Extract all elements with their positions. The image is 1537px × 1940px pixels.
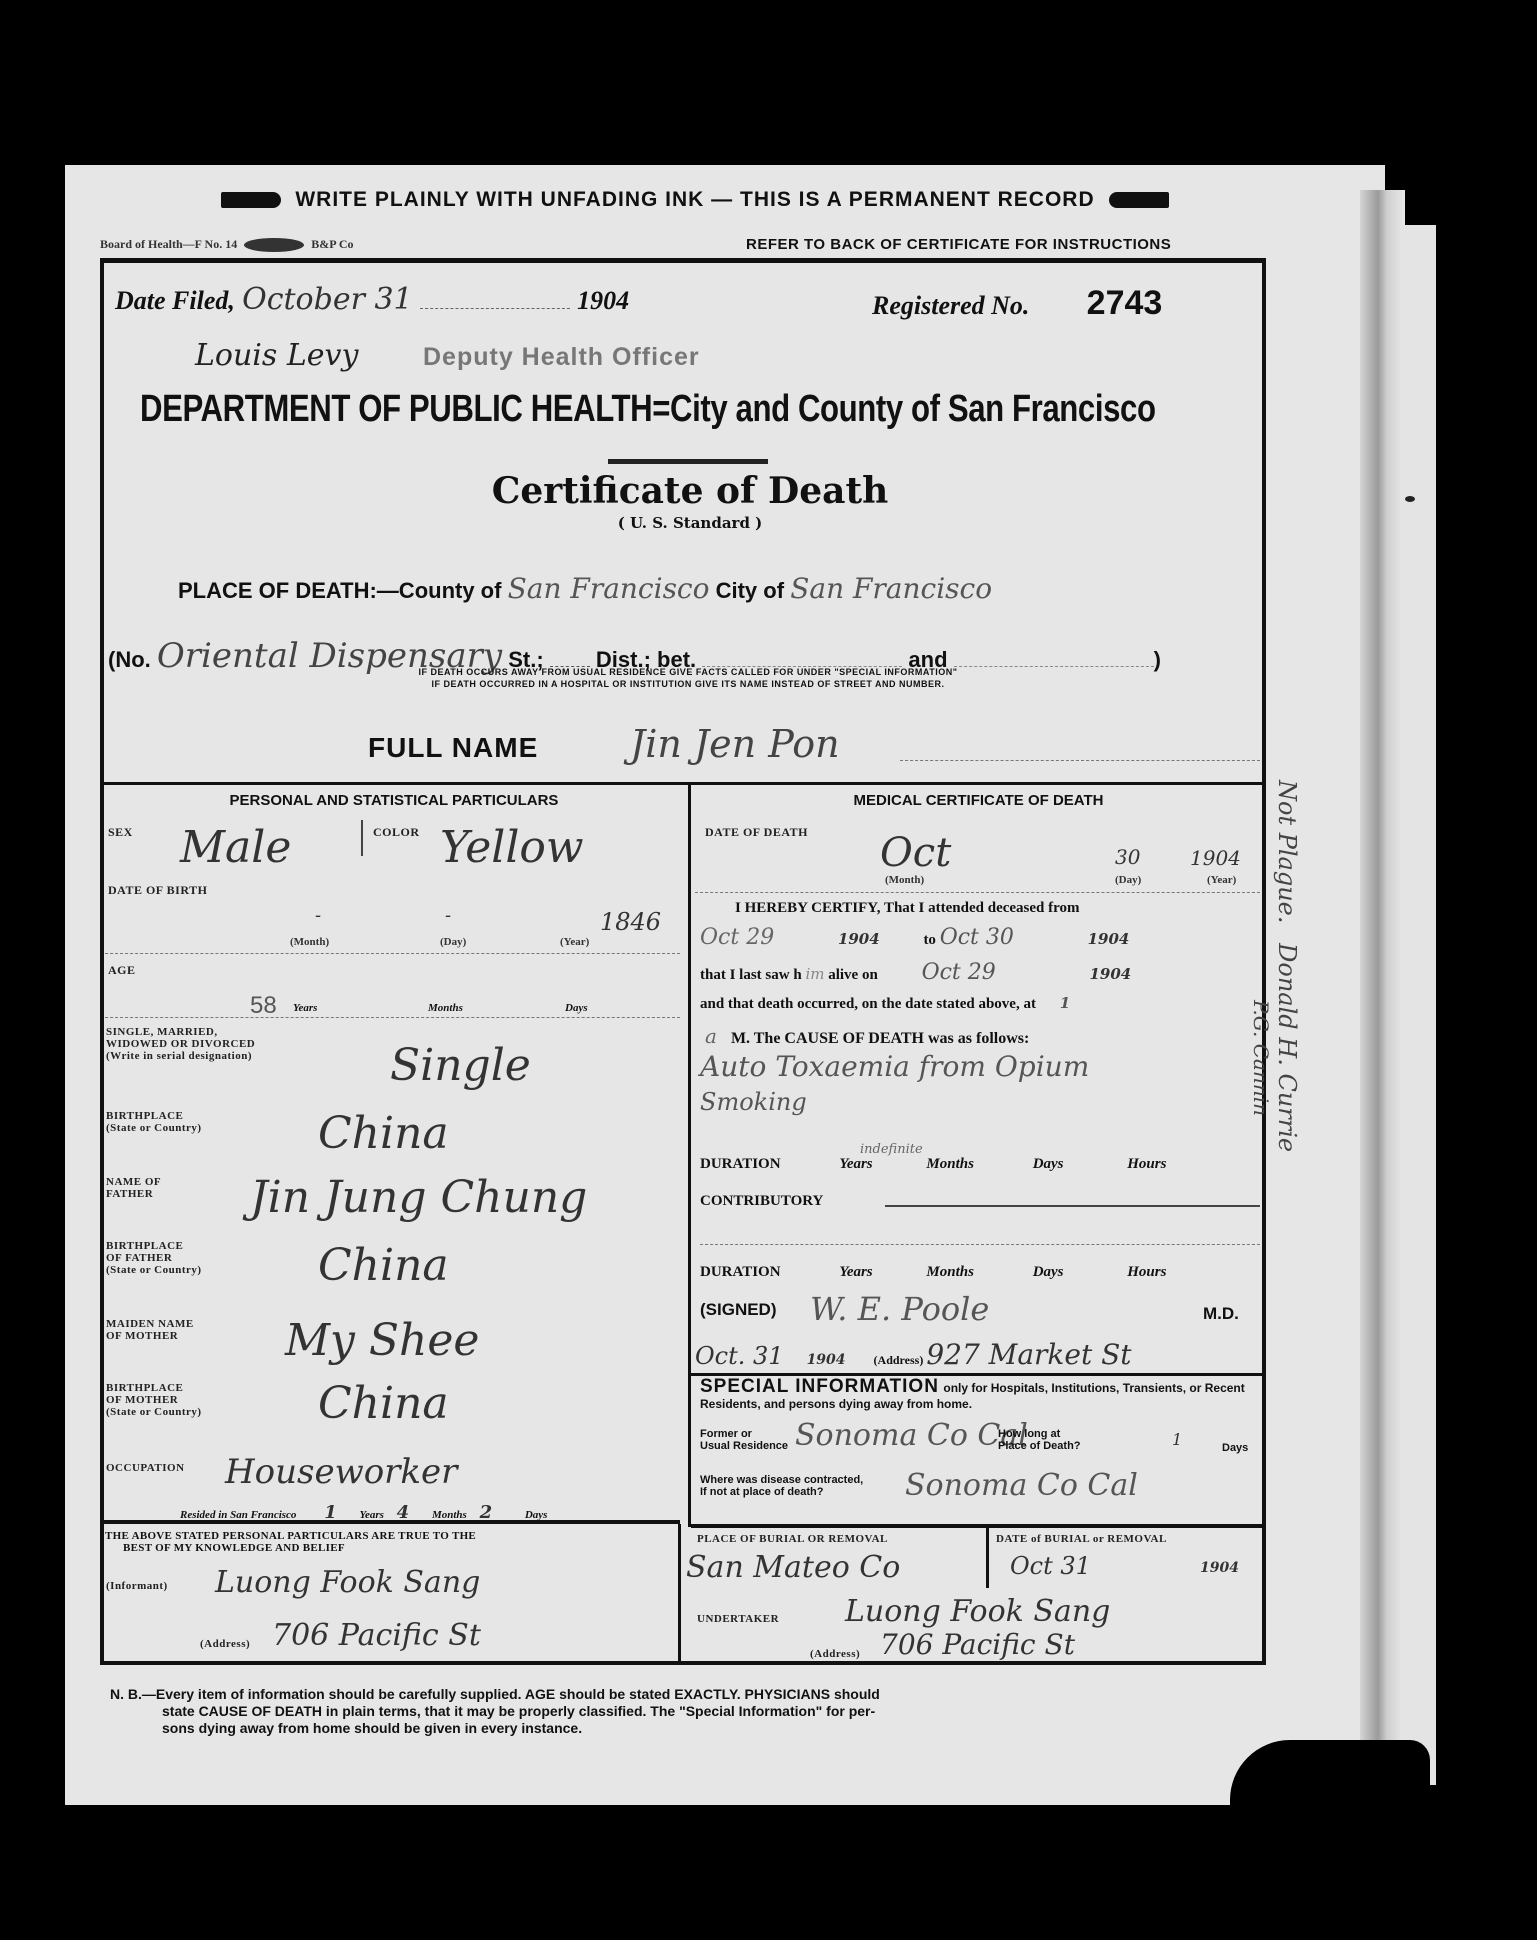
- father-bp-label-2: OF FATHER: [106, 1252, 202, 1264]
- attended-from-year: 1904: [838, 930, 880, 948]
- mother-bp-label-2: OF MOTHER: [106, 1394, 202, 1406]
- personal-heading: PERSONAL AND STATISTICAL PARTICULARS: [100, 792, 688, 809]
- special-info-heading: SPECIAL INFORMATION only for Hospitals, …: [700, 1379, 1260, 1412]
- informant-value: Luong Fook Sang: [215, 1565, 480, 1600]
- former-residence-value: Sonoma Co Cal: [795, 1418, 1028, 1453]
- age-days-label: Days: [565, 1002, 588, 1014]
- duration-days-label: Days: [1033, 1156, 1064, 1172]
- duration-label-2: DURATION: [700, 1264, 781, 1280]
- how-long-value: 1: [1172, 1430, 1182, 1449]
- officer-title-stamp: Deputy Health Officer: [423, 343, 700, 372]
- sex-label: SEX: [108, 826, 133, 838]
- divider: [105, 953, 680, 954]
- contributory-label: CONTRIBUTORY: [700, 1193, 823, 1210]
- death-hour: 1: [1060, 994, 1070, 1012]
- last-saw-row: that I last saw h im alive on Oct 29 190…: [700, 960, 1131, 985]
- alive-on-label: alive on: [828, 967, 878, 983]
- burial-place-value: San Mateo Co: [686, 1550, 900, 1585]
- officer-signature: Louis Levy: [195, 338, 358, 373]
- father-birthplace-label: BIRTHPLACE OF FATHER (State or Country): [106, 1240, 202, 1276]
- former-residence-label: Former or Usual Residence: [700, 1428, 788, 1452]
- last-saw-year: 1904: [1090, 965, 1132, 983]
- dob-month-label: (Month): [290, 936, 329, 948]
- place-of-death-label: PLACE OF DEATH:—County of: [178, 578, 501, 603]
- death-meridiem: a: [705, 1024, 717, 1048]
- divider: [105, 1017, 680, 1018]
- union-bug-icon: [244, 238, 304, 252]
- margin-annotation: Not Plague. Donald H. Currie P.G. Cannin: [1248, 780, 1300, 1320]
- standard-subtitle: ( U. S. Standard ): [400, 514, 980, 532]
- banner-text: WRITE PLAINLY WITH UNFADING INK — THIS I…: [295, 188, 1094, 211]
- informant-box-edge: [678, 1524, 681, 1665]
- footnote-line-1: N. B.—Every item of information should b…: [110, 1686, 880, 1703]
- mother-value: My Shee: [285, 1315, 479, 1366]
- contracted-label-1: Where was disease contracted,: [700, 1474, 863, 1486]
- birthplace-label-1: BIRTHPLACE: [106, 1110, 202, 1122]
- color-value: Yellow: [440, 822, 584, 873]
- duration-hours-label-2: Hours: [1127, 1264, 1166, 1280]
- date-of-death-year: 1904: [1190, 846, 1241, 870]
- age-months-label: Months: [428, 1002, 463, 1014]
- attended-to: Oct 30: [940, 925, 1014, 950]
- mother-label: MAIDEN NAME OF MOTHER: [106, 1318, 194, 1342]
- father-bp-label-1: BIRTHPLACE: [106, 1240, 202, 1252]
- margin-note-line-3: P.G. Cannin: [1248, 780, 1274, 1320]
- informant-divider: [100, 1520, 680, 1524]
- page-blemish: [1405, 496, 1415, 502]
- printer-name: B&P Co: [311, 237, 353, 251]
- contracted-label: Where was disease contracted, If not at …: [700, 1474, 863, 1498]
- sex-value: Male: [180, 822, 291, 873]
- dod-year-label: (Year): [1207, 874, 1236, 886]
- full-name-underline: [900, 760, 1260, 761]
- footnote: N. B.—Every item of information should b…: [110, 1686, 880, 1737]
- department-title: DEPARTMENT OF PUBLIC HEALTH=City and Cou…: [140, 388, 1050, 431]
- birthplace-label-2: (State or Country): [106, 1122, 202, 1134]
- occurred-text: and that death occurred, on the date sta…: [700, 996, 1036, 1012]
- birthplace-label: BIRTHPLACE (State or Country): [106, 1110, 202, 1134]
- father-label: NAME OF FATHER: [106, 1176, 161, 1200]
- physician-signature: W. E. Poole: [810, 1290, 989, 1328]
- dob-month: -: [315, 905, 321, 926]
- physician-address-label: (Address): [874, 1353, 924, 1367]
- binding-edge: [1360, 190, 1405, 1790]
- age-label: AGE: [108, 964, 136, 976]
- marital-label-3: (Write in serial designation): [106, 1050, 255, 1062]
- place-note-line-2: IF DEATH OCCURRED IN A HOSPITAL OR INSTI…: [248, 678, 1128, 690]
- scan-shadow: [1230, 1740, 1430, 1860]
- dob-label: DATE OF BIRTH: [108, 884, 207, 896]
- special-heading: SPECIAL INFORMATION: [700, 1376, 939, 1397]
- signed-date: Oct. 31: [695, 1342, 784, 1370]
- ink-banner: WRITE PLAINLY WITH UNFADING INK — THIS I…: [150, 188, 1240, 212]
- informant-statement: THE ABOVE STATED PERSONAL PARTICULARS AR…: [105, 1530, 476, 1554]
- undertaker-address-value: 706 Pacific St: [880, 1628, 1075, 1661]
- footnote-line-2: state CAUSE OF DEATH in plain terms, tha…: [110, 1703, 880, 1720]
- md-label: M.D.: [1203, 1304, 1239, 1324]
- statement-line-1: THE ABOVE STATED PERSONAL PARTICULARS AR…: [105, 1530, 476, 1542]
- duration-label: DURATION: [700, 1156, 781, 1172]
- mother-label-2: OF MOTHER: [106, 1330, 194, 1342]
- dob-day-label: (Day): [440, 936, 466, 948]
- burial-split: [986, 1528, 989, 1588]
- father-value: Jin Jung Chung: [250, 1172, 587, 1223]
- margin-note-line-1: Not Plague.: [1273, 780, 1301, 924]
- certificate-title: Certificate of Death: [400, 470, 980, 512]
- signed-label: (SIGNED): [700, 1300, 777, 1320]
- date-filed-row: Date Filed, October 31 1904: [115, 282, 629, 317]
- former-label-2: Usual Residence: [700, 1440, 788, 1452]
- registered-number: 2743: [1087, 284, 1163, 322]
- section-divider: [100, 782, 1266, 785]
- registered-row: Registered No. 2743: [872, 284, 1162, 323]
- place-note-line-1: IF DEATH OCCURS AWAY FROM USUAL RESIDENC…: [248, 666, 1128, 678]
- how-long-label: How long at Place of Death?: [998, 1428, 1081, 1452]
- date-of-death-month: Oct: [880, 830, 951, 876]
- to-label: to: [923, 932, 936, 948]
- duration-months-label-2: Months: [926, 1264, 974, 1280]
- date-filed-value: October 31: [242, 282, 413, 317]
- marital-label: SINGLE, MARRIED, WIDOWED OR DIVORCED (Wr…: [106, 1026, 255, 1062]
- refer-instructions: REFER TO BACK OF CERTIFICATE FOR INSTRUC…: [746, 236, 1171, 253]
- mother-bp-label-1: BIRTHPLACE: [106, 1382, 202, 1394]
- attended-to-year: 1904: [1088, 930, 1130, 948]
- father-label-1: NAME OF: [106, 1176, 161, 1188]
- date-of-death-day: 30: [1115, 845, 1140, 869]
- father-bp-label-3: (State or Country): [106, 1264, 202, 1276]
- cause-of-death-line-1: Auto Toxaemia from Opium: [700, 1050, 1089, 1083]
- city-label: City of: [716, 578, 784, 603]
- date-filed-label: Date Filed,: [115, 286, 235, 315]
- undertaker-label: UNDERTAKER: [697, 1613, 779, 1625]
- signed-year: 1904: [807, 1352, 846, 1368]
- marital-label-1: SINGLE, MARRIED,: [106, 1026, 255, 1038]
- occurred-row: and that death occurred, on the date sta…: [700, 994, 1070, 1013]
- contracted-label-2: If not at place of death?: [700, 1486, 863, 1498]
- cause-label: M. The CAUSE OF DEATH was as follows:: [731, 1030, 1029, 1047]
- dob-day: -: [445, 905, 451, 926]
- age-years: 58: [250, 992, 277, 1020]
- board-of-health-line: Board of Health—F No. 14 B&P Co: [100, 237, 354, 252]
- cause-row: a M. The CAUSE OF DEATH was as follows:: [705, 1024, 1029, 1048]
- duration-hours-label: Hours: [1127, 1156, 1166, 1172]
- pointing-hand-icon: [1109, 192, 1169, 208]
- informant-address-value: 706 Pacific St: [272, 1618, 481, 1653]
- divider: [695, 892, 1260, 893]
- burial-place-label: PLACE OF BURIAL OR REMOVAL: [697, 1533, 888, 1545]
- dob-year-label: (Year): [560, 936, 589, 948]
- dob-year: 1846: [600, 908, 661, 936]
- title-rule: [608, 459, 768, 464]
- full-name-label: FULL NAME: [368, 732, 538, 764]
- marital-label-2: WIDOWED OR DIVORCED: [106, 1038, 255, 1050]
- no-label: (No.: [108, 647, 151, 672]
- cause-of-death-line-2: Smoking: [700, 1088, 807, 1116]
- father-label-2: FATHER: [106, 1188, 161, 1200]
- last-saw-label: that I last saw h: [700, 967, 802, 983]
- divider: [700, 1244, 1260, 1245]
- marital-value: Single: [390, 1040, 531, 1091]
- county-value: San Francisco: [508, 572, 710, 605]
- attended-row: Oct 29 1904 to Oct 30 1904: [700, 925, 1260, 950]
- city-value: San Francisco: [790, 572, 992, 605]
- dod-month-label: (Month): [885, 874, 924, 886]
- signed-date-row: Oct. 31 1904 (Address) 927 Market St: [695, 1338, 1132, 1371]
- age-years-label: Years: [293, 1002, 317, 1014]
- informant-address-label: (Address): [200, 1638, 250, 1650]
- certify-text: I HEREBY CERTIFY, That I attended deceas…: [735, 900, 1080, 917]
- how-long-label-1: How long at: [998, 1428, 1081, 1440]
- last-saw-date: Oct 29: [922, 960, 996, 985]
- duration-years-label: Years: [839, 1156, 872, 1172]
- mother-birthplace-value: China: [318, 1378, 449, 1429]
- form-number: Board of Health—F No. 14: [100, 237, 237, 251]
- date-of-death-label: DATE OF DEATH: [705, 826, 808, 838]
- how-long-unit: Days: [1222, 1442, 1248, 1454]
- birthplace-value: China: [318, 1108, 449, 1159]
- adjacent-page-edge: [1400, 225, 1436, 1785]
- burial-date-value: Oct 31: [1010, 1552, 1091, 1580]
- father-birthplace-value: China: [318, 1240, 449, 1291]
- mother-bp-label-3: (State or Country): [106, 1406, 202, 1418]
- duration-months-label: Months: [926, 1156, 974, 1172]
- physician-address: 927 Market St: [926, 1338, 1131, 1371]
- burial-year: 1904: [1200, 1560, 1239, 1576]
- place-of-death-row: PLACE OF DEATH:—County of San Francisco …: [178, 572, 992, 605]
- informant-label: (Informant): [106, 1580, 168, 1592]
- how-long-label-2: Place of Death?: [998, 1440, 1081, 1452]
- mother-label-1: MAIDEN NAME: [106, 1318, 194, 1330]
- footnote-line-3: sons dying away from home should be give…: [110, 1720, 880, 1737]
- burial-divider: [691, 1524, 1266, 1528]
- attended-from: Oct 29: [700, 925, 774, 950]
- contracted-value: Sonoma Co Cal: [905, 1468, 1138, 1503]
- duration-row-2: DURATION Years Months Days Hours: [700, 1264, 1260, 1281]
- place-note: IF DEATH OCCURS AWAY FROM USUAL RESIDENC…: [248, 666, 1128, 690]
- pointing-hand-icon: [221, 192, 281, 208]
- former-label-1: Former or: [700, 1428, 788, 1440]
- duration-days-label-2: Days: [1033, 1264, 1064, 1280]
- statement-line-2: BEST OF MY KNOWLEDGE AND BELIEF: [105, 1542, 476, 1554]
- undertaker-value: Luong Fook Sang: [845, 1594, 1110, 1629]
- color-label: COLOR: [373, 826, 420, 838]
- undertaker-address-label: (Address): [810, 1648, 860, 1660]
- medical-heading: MEDICAL CERTIFICATE OF DEATH: [691, 792, 1266, 809]
- contributory-line: [885, 1205, 1260, 1207]
- date-filed-year: 1904: [577, 286, 629, 315]
- margin-note-line-2: Donald H. Currie: [1273, 943, 1301, 1152]
- duration-row: DURATION Years Months Days Hours: [700, 1156, 1260, 1173]
- dod-day-label: (Day): [1115, 874, 1141, 886]
- duration-value: indefinite: [860, 1142, 923, 1157]
- registered-label: Registered No.: [872, 291, 1029, 320]
- sex-color-divider: [361, 820, 363, 856]
- mother-birthplace-label: BIRTHPLACE OF MOTHER (State or Country): [106, 1382, 202, 1418]
- burial-date-label: DATE of BURIAL or REMOVAL: [996, 1533, 1167, 1545]
- last-saw-pronoun: im: [805, 965, 824, 983]
- occupation-label: OCCUPATION: [106, 1462, 185, 1474]
- full-name-value: Jin Jen Pon: [630, 722, 840, 766]
- column-divider: [688, 785, 691, 1527]
- duration-years-label-2: Years: [839, 1264, 872, 1280]
- occupation-value: Houseworker: [225, 1452, 457, 1492]
